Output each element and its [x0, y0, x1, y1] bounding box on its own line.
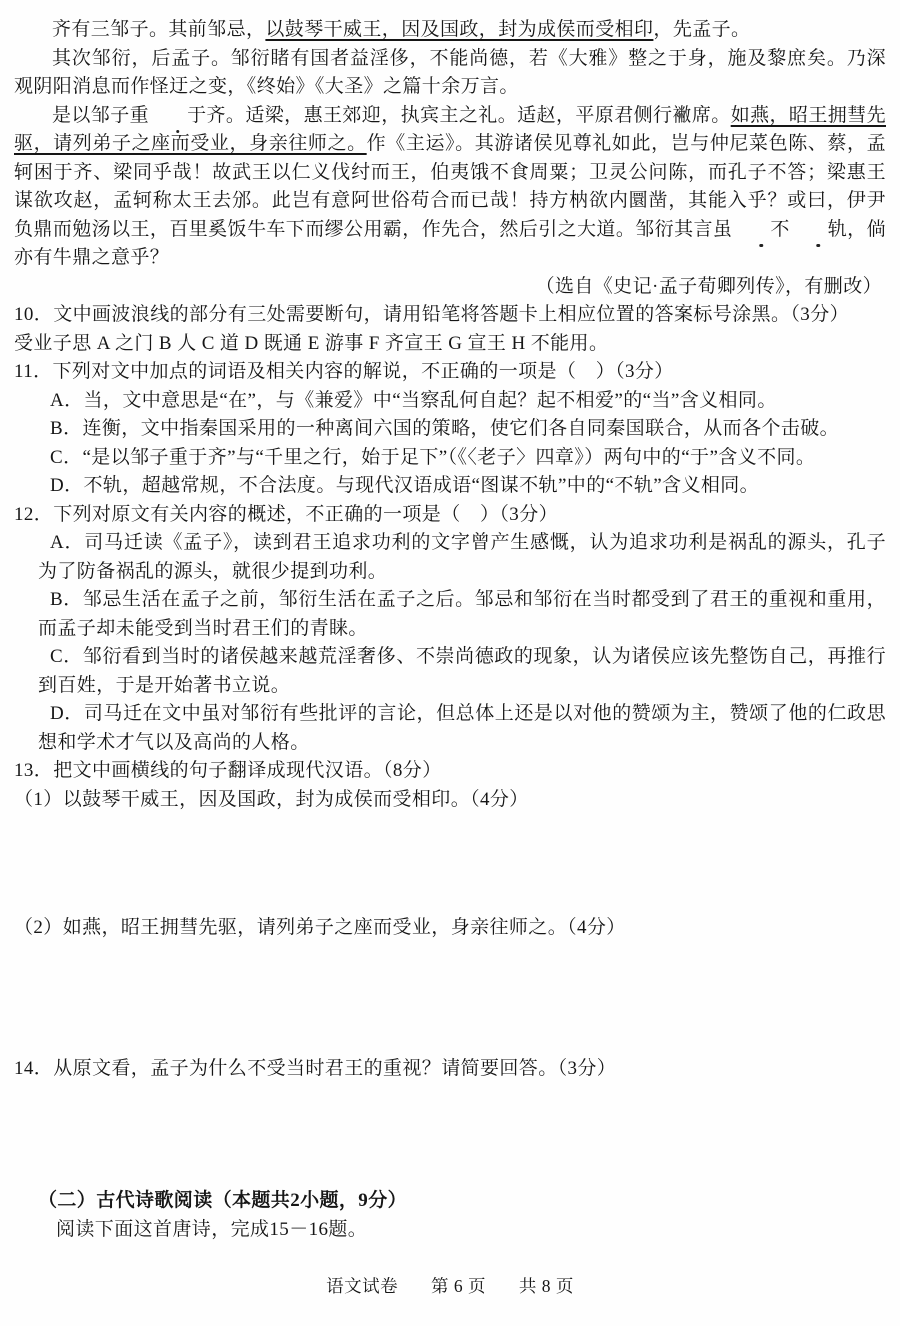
- question-option: A．司马迁读《孟子》，读到君王追求功利的文字曾产生感慨，认为追求功利是祸乱的源头…: [38, 529, 886, 586]
- footer-title: 语文试卷: [326, 1276, 398, 1296]
- passage-paragraph: 其次邹衍，后孟子。邹衍睹有国者益淫侈，不能尚德，若《大雅》整之于身，施及黎庶矣。…: [14, 45, 886, 102]
- emphasis-dot-char: 轨: [790, 216, 847, 245]
- footer-page-number: 第 6 页: [431, 1276, 486, 1296]
- emphasis-dot-char: 不: [732, 216, 789, 245]
- instruction-line: 阅读下面这首唐诗，完成15－16题。: [56, 1216, 886, 1245]
- passage-text: 齐有三邹子。其前邹忌，: [52, 19, 265, 40]
- footer-page-total: 共 8 页: [519, 1276, 574, 1296]
- passage-paragraph: 齐有三邹子。其前邹忌，以鼓琴干威王，因及国政，封为成侯而受相印，先孟子。: [14, 16, 886, 45]
- passage-text: ，先孟子。: [653, 19, 750, 40]
- underlined-text: 以鼓琴干威王，因及国政，封为成侯而受相印: [265, 19, 653, 40]
- question-option: B．连衡，文中指秦国采用的一种离间六国的策略，使它们各自同秦国联合，从而各个击破…: [38, 415, 886, 444]
- question-stem: 10．文中画波浪线的部分有三处需要断句，请用铅笔将答题卡上相应位置的答案标号涂黑…: [14, 301, 886, 330]
- question-stem: 受业子思 A 之门 B 人 C 道 D 既通 E 游事 F 齐宣王 G 宣王 H…: [14, 330, 886, 359]
- passage-text: 是以邹子重: [52, 105, 149, 126]
- emphasis-dot-char: 于: [149, 102, 206, 131]
- classical-passage: 齐有三邹子。其前邹忌，以鼓琴干威王，因及国政，封为成侯而受相印，先孟子。其次邹衍…: [14, 16, 886, 273]
- question-stem: 14．从原文看，孟子为什么不受当时君王的重视？请简要回答。（3分）: [14, 1055, 886, 1084]
- answer-space: [14, 943, 886, 1055]
- passage-text: 齐。适梁，惠王郊迎，执宾主之礼。适赵，平原君侧行襒席。: [206, 105, 730, 126]
- page-footer: 语文试卷 第 6 页 共 8 页: [0, 1272, 900, 1301]
- question-stem: （1）以鼓琴干威王，因及国政，封为成侯而受相印。（4分）: [14, 786, 886, 815]
- question-option: C．邹衍看到当时的诸侯越来越荒淫奢侈、不崇尚德政的现象，认为诸侯应该先整饬自己，…: [38, 643, 886, 700]
- source-attribution: （选自《史记·孟子荀卿列传》，有删改）: [14, 273, 886, 302]
- question-option: D．司马迁在文中虽对邹衍有些批评的言论，但总体上还是以对他的赞颂为主，赞颂了他的…: [38, 700, 886, 757]
- question-stem: 12．下列对原文有关内容的概述，不正确的一项是（ ）（3分）: [14, 501, 886, 530]
- question-stem: 11．下列对文中加点的词语及相关内容的解说，不正确的一项是（ ）（3分）: [14, 358, 886, 387]
- question-option: D．不轨，超越常规，不合法度。与现代汉语成语“图谋不轨”中的“不轨”含义相同。: [38, 472, 886, 501]
- section-heading: （二）古代诗歌阅读（本题共2小题，9分）: [38, 1187, 886, 1216]
- questions-area: 10．文中画波浪线的部分有三处需要断句，请用铅笔将答题卡上相应位置的答案标号涂黑…: [14, 301, 886, 1244]
- question-option: A．当，文中意思是“在”，与《兼爱》中“当察乱何自起？起不相爱”的“当”含义相同…: [38, 387, 886, 416]
- question-stem: 13．把文中画横线的句子翻译成现代汉语。（8分）: [14, 757, 886, 786]
- question-option: B．邹忌生活在孟子之前，邹衍生活在孟子之后。邹忌和邹衍在当时都受到了君王的重视和…: [38, 586, 886, 643]
- passage-text: 其次邹衍，后孟子。邹衍睹有国者益淫侈，不能尚德，若《大雅》整之于身，施及黎庶矣。…: [14, 48, 886, 98]
- exam-page: 齐有三邹子。其前邹忌，以鼓琴干威王，因及国政，封为成侯而受相印，先孟子。其次邹衍…: [0, 0, 900, 1326]
- answer-space: [14, 814, 886, 914]
- question-stem: （2）如燕，昭王拥彗先驱，请列弟子之座而受业，身亲往师之。（4分）: [14, 914, 886, 943]
- answer-space: [14, 1083, 886, 1187]
- passage-paragraph: 是以邹子重于齐。适梁，惠王郊迎，执宾主之礼。适赵，平原君侧行襒席。如燕，昭王拥彗…: [14, 102, 886, 273]
- question-option: C．“是以邹子重于齐”与“千里之行，始于足下”（《〈老子〉四章》）两句中的“于”…: [38, 444, 886, 473]
